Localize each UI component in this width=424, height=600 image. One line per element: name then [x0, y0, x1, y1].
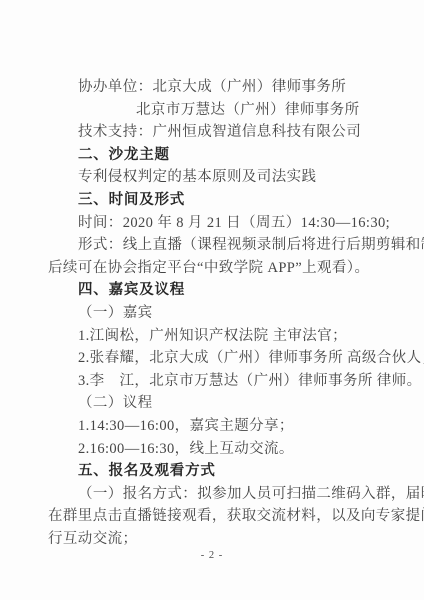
document-line: 专利侵权判定的基本原则及司法实践	[48, 166, 386, 189]
document-line: 形式：线上直播（课程视频录制后将进行后期剪辑和制作，	[48, 234, 386, 257]
document-line: 后续可在协会指定平台“中致学院 APP”上观看）。	[48, 257, 386, 280]
document-line: 行互动交流；	[48, 528, 386, 551]
document-line: 四、嘉宾及议程	[48, 279, 386, 302]
document-line: 2.张春耀，北京大成（广州）律师事务所 高级合伙人；	[48, 347, 386, 370]
document-line: 二、沙龙主题	[48, 144, 386, 167]
document-line: （二）议程	[48, 392, 386, 415]
document-line: 时间：2020 年 8 月 21 日（周五）14:30—16:30;	[48, 212, 386, 235]
document-line: 技术支持：广州恒成智道信息科技有限公司	[48, 121, 386, 144]
page-number: - 2 -	[0, 550, 424, 561]
document-body: 协办单位：北京大成（广州）律师事务所北京市万慧达（广州）律师事务所技术支持：广州…	[48, 76, 386, 550]
document-line: 在群里点击直播链接观看，获取交流材料，以及向专家提问进	[48, 505, 386, 528]
document-line: 1.14:30—16:00，嘉宾主题分享；	[48, 415, 386, 438]
document-line: 三、时间及形式	[48, 189, 386, 212]
document-page: 协办单位：北京大成（广州）律师事务所北京市万慧达（广州）律师事务所技术支持：广州…	[0, 0, 424, 600]
document-line: 北京市万慧达（广州）律师事务所	[48, 99, 386, 122]
document-line: 3.李 江，北京市万慧达（广州）律师事务所 律师。	[48, 370, 386, 393]
document-line: （一）嘉宾	[48, 302, 386, 325]
document-line: 1.江闽松，广州知识产权法院 主审法官；	[48, 325, 386, 348]
document-line: 五、报名及观看方式	[48, 460, 386, 483]
document-line: 2.16:00—16:30，线上互动交流。	[48, 438, 386, 461]
document-line: 协办单位：北京大成（广州）律师事务所	[48, 76, 386, 99]
document-line: （一）报名方式：拟参加人员可扫描二维码入群，届时可	[48, 483, 386, 506]
